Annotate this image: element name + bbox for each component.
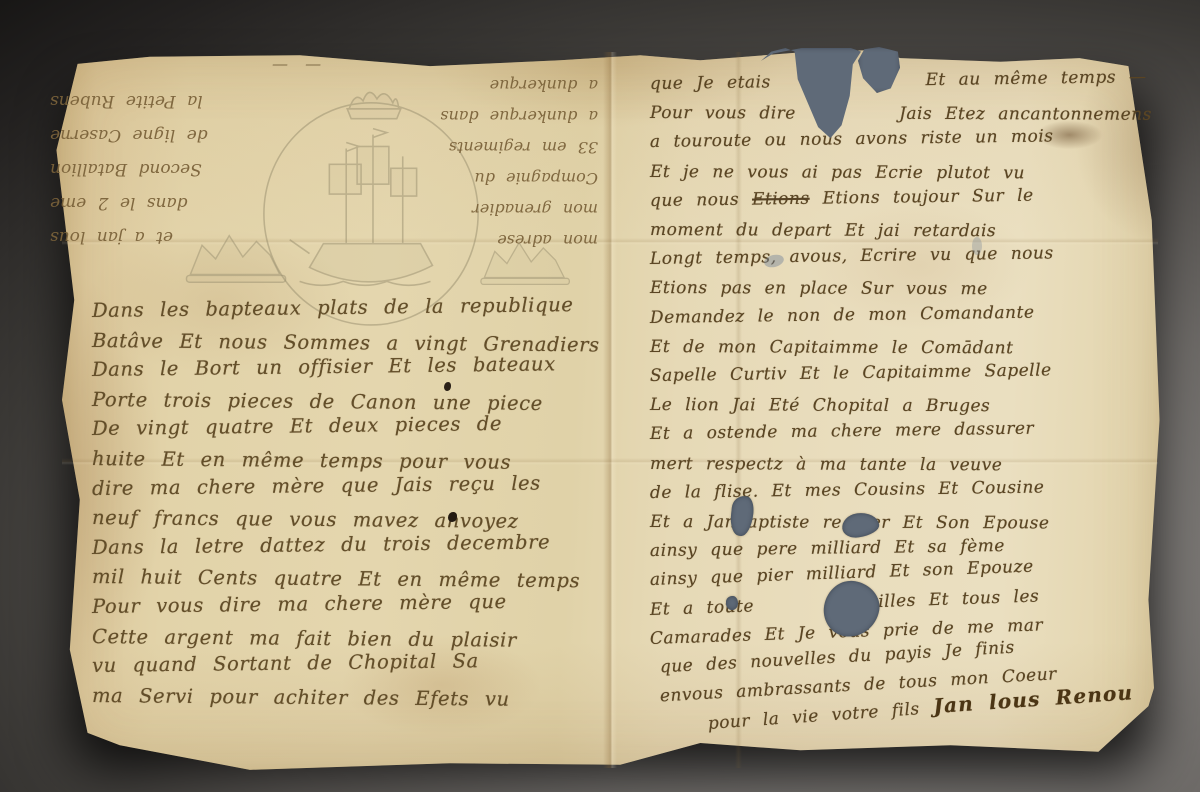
handwriting-line: 33 em regiments [380, 132, 598, 163]
handwriting-line: Dans les bapteaux plats de la republique [92, 290, 622, 326]
handwriting-line: Longt temps, avous, Ecrire vu que nous [650, 238, 1162, 274]
strike-before: que nous [650, 189, 752, 210]
handwriting-line: a touroute ou nous avons riste un mois [650, 121, 1162, 157]
paper-hole [726, 596, 738, 610]
closing-text: pour la vie votre fils [707, 700, 920, 735]
handwriting-line: mon adrese [380, 225, 598, 256]
inverted-address-left: et a jan lous dans le 2 eme Second Batal… [50, 74, 338, 254]
handwriting-line: de ligne Caserne [50, 118, 338, 152]
strike-after: Etions toujour Sur le [809, 185, 1033, 208]
struck-word: Etions [752, 189, 810, 210]
handwriting-line: de la flise. Et mes Cousins Et Cousine [650, 472, 1162, 508]
handwriting-line: vu quand Sortant de Chopital Sa [92, 645, 622, 681]
handwriting-line: Dans la letre dattez du trois decembre [92, 526, 622, 562]
handwriting-line: a dunkerque dans [380, 101, 598, 132]
handwriting-line: Sapelle Curtiv Et le Capitaimme Sapelle [650, 355, 1162, 391]
handwriting-line: la Petite Rubens [50, 84, 338, 118]
handwriting-line: De vingt quatre Et deux pieces de [92, 408, 622, 444]
handwriting-line: Compagnie du [380, 163, 598, 194]
handwriting-line: Et a ostende ma chere mere dassurer [650, 413, 1162, 449]
handwriting-line-with-strikethrough: que nous Etions Etions toujour Sur le [650, 180, 1162, 216]
handwriting-line: que Je etais Et au même temps — [650, 63, 1162, 99]
ink-smudge [972, 237, 982, 255]
handwriting-line: a dunkerque [380, 70, 598, 101]
handwriting-line: Demandez le non de mon Comandante [650, 296, 1162, 332]
pen-dashes: — — [272, 54, 362, 73]
handwriting-line: mon grenadier [380, 194, 598, 225]
handwriting-line: dans le 2 eme [50, 186, 338, 220]
handwriting-line: et a jan lous [50, 220, 338, 254]
handwriting-line: dire ma chere mère que Jais reçu les [92, 467, 622, 503]
right-page-text: que Je etais Et au même temps — Pour vou… [650, 70, 1162, 744]
handwriting-line: Pour vous dire ma chere mère que [92, 585, 622, 621]
left-page-text: Dans les bapteaux plats de la republique… [92, 296, 622, 710]
handwriting-line: ma Servi pour achiter des Efets vu [92, 681, 622, 715]
inverted-address-right: mon adrese mon grenadier Compagnie du 33… [380, 62, 598, 256]
handwriting-line: Dans le Bort un offisier Et les bateaux [92, 349, 622, 385]
handwriting-line: Second Batallion [50, 152, 338, 186]
